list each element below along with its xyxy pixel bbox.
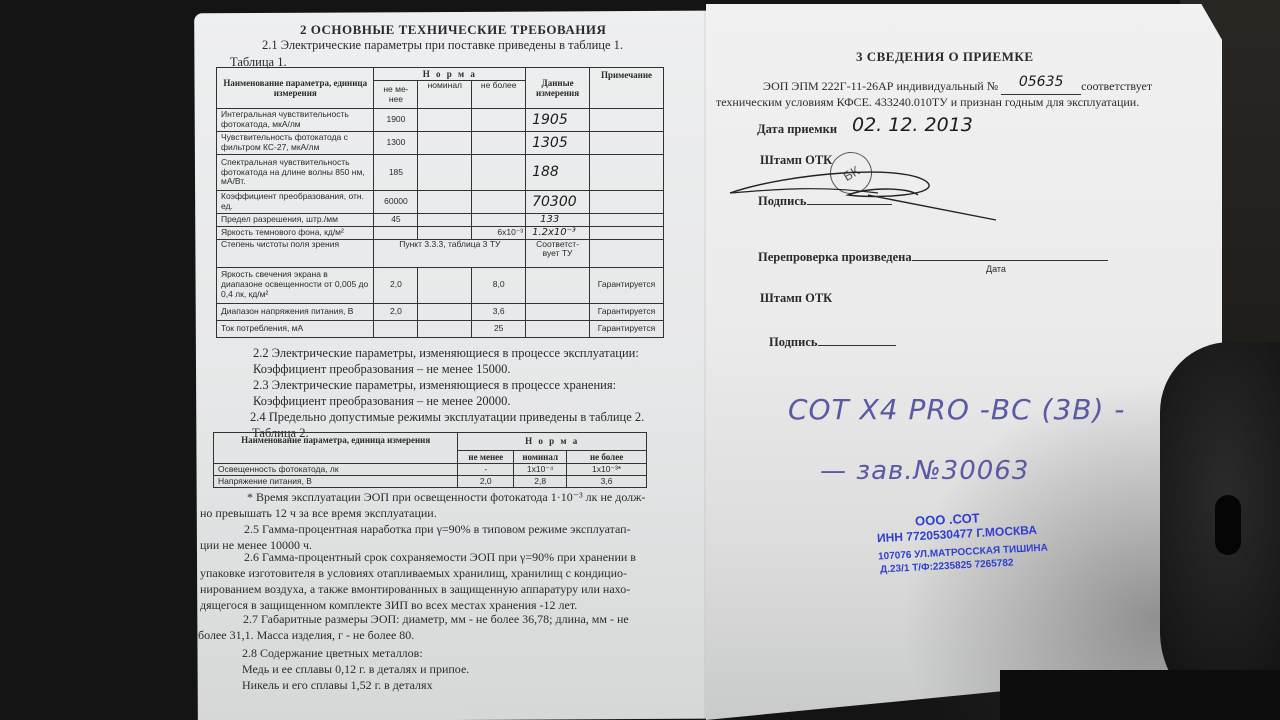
footnote-line-2: но превышать 12 ч за все время эксплуата… xyxy=(200,506,437,521)
table2-header-max: не более xyxy=(567,451,647,464)
device-base xyxy=(1000,670,1280,720)
paragraph-2-3: 2.3 Электрические параметры, изменяющиес… xyxy=(253,378,616,393)
table2-header-nominal: номинал xyxy=(514,451,567,464)
paragraph-2-2-value: Коэффициент преобразования – не менее 15… xyxy=(253,362,510,377)
company-stamp-line-1: ООО .СОТ xyxy=(915,511,980,527)
table-row: Чувствительность фотокатода с фильтром К… xyxy=(217,132,664,155)
table-row: Интегральная чувствительность фотокатода… xyxy=(217,109,664,132)
paragraph-2-8-copper: Медь и ее сплавы 0,12 г. в деталях и при… xyxy=(242,662,469,677)
paragraph-2-3-value: Коэффициент преобразования – не менее 20… xyxy=(253,394,510,409)
table-row: Степень чистоты поля зрения Пункт 3.3.3,… xyxy=(217,239,664,267)
table2-header-norma: Н о р м а xyxy=(458,433,647,451)
table1-header-min: не ме-нее xyxy=(374,81,418,109)
table1-header-measured: Данные измерения xyxy=(526,68,590,109)
table-row: Диапазон напряжения питания, В 2,0 3,6 Г… xyxy=(217,303,664,320)
table-row: Предел разрешения, штр./мм 45 133 xyxy=(217,214,664,227)
paragraph-2-7: 2.7 Габаритные размеры ЭОП: диаметр, мм … xyxy=(243,612,629,627)
paragraph-2-8-nickel: Никель и его сплавы 1,52 г. в деталях xyxy=(242,678,433,693)
paragraph-2-6-line-3: нированием воздуха, а также вмонтированн… xyxy=(200,582,630,597)
paragraph-2-6: 2.6 Гамма-процентный срок сохраняемости … xyxy=(244,550,636,565)
acceptance-date-handwritten: 02. 12. 2013 xyxy=(852,114,973,136)
table-row: Ток потребления, мА 25 Гарантируется xyxy=(217,320,664,337)
table-1-electrical-parameters: Наименование параметра, единица измерени… xyxy=(216,67,664,338)
table2-header-min: не менее xyxy=(458,451,514,464)
table-row: Напряжение питания, В 2,0 2,8 3,6 xyxy=(214,476,647,488)
handwritten-measurement: 1305 xyxy=(526,132,590,155)
table2-header-name: Наименование параметра, единица измерени… xyxy=(214,433,458,464)
paragraph-2-1: 2.1 Электрические параметры при поставке… xyxy=(262,38,623,53)
section-title-technical-requirements: 2 ОСНОВНЫЕ ТЕХНИЧЕСКИЕ ТРЕБОВАНИЯ xyxy=(300,22,606,38)
table1-header-nominal: номинал xyxy=(418,81,472,109)
paragraph-2-4: 2.4 Предельно допустимые режимы эксплуат… xyxy=(250,410,644,425)
table-row: Спектральная чувствительность фотокатода… xyxy=(217,155,664,191)
handwritten-model-note: COT X4 PRO -BC (3B) - xyxy=(788,393,1125,426)
date-caption: Дата xyxy=(986,264,1006,274)
table1-header-norma: Н о р м а xyxy=(374,68,526,81)
table1-header-max: не более xyxy=(472,81,526,109)
signature-label-1: Подпись xyxy=(758,194,892,209)
acceptance-date-label: Дата приемки xyxy=(757,122,837,137)
table-row: Коэффициент преобразования, отн. ед. 600… xyxy=(217,191,664,214)
paragraph-2-6-line-4: дящегося в защищенном комплекте ЗИП во в… xyxy=(200,598,577,613)
handwritten-measurement: 133 xyxy=(526,214,590,227)
recheck-date-field xyxy=(912,260,1108,261)
handwritten-serial-note: — зав.№30063 xyxy=(820,456,1029,486)
table-row: Освещенность фотокатода, лк - 1x10⁻⁴ 1x1… xyxy=(214,464,647,476)
table1-header-note: Примечание xyxy=(590,68,664,109)
eyepiece-slot xyxy=(1215,495,1241,555)
handwritten-measurement: 188 xyxy=(526,155,590,191)
section-title-acceptance: 3 СВЕДЕНИЯ О ПРИЕМКЕ xyxy=(856,49,1034,65)
handwritten-measurement: 70300 xyxy=(526,191,590,214)
handwritten-measurement: 1.2x10⁻³ xyxy=(526,227,590,240)
serial-number-field: 05635 xyxy=(1001,78,1081,95)
paragraph-2-8: 2.8 Содержание цветных металлов: xyxy=(242,646,423,661)
paragraph-2-6-line-2: упаковке изготовителя в условиях отаплив… xyxy=(200,566,627,581)
handwritten-measurement: 1905 xyxy=(526,109,590,132)
otk-stamp-label-2: Штамп ОТК xyxy=(760,291,832,306)
table-row: Яркость свечения экрана в диапазоне осве… xyxy=(217,267,664,303)
table-2-operating-modes: Наименование параметра, единица измерени… xyxy=(213,432,647,488)
paragraph-2-2: 2.2 Электрические параметры, изменяющиес… xyxy=(253,346,639,361)
signature-field-2 xyxy=(818,345,896,346)
acceptance-line-2: техническим условиям КФСЕ. 433240.010ТУ … xyxy=(716,95,1139,110)
paragraph-2-7-cont: более 31,1. Масса изделия, г - не более … xyxy=(198,628,414,643)
signature-label-2: Подпись xyxy=(769,335,896,350)
footnote-line-1: * Время эксплуатации ЭОП при освещенност… xyxy=(247,490,645,505)
table1-header-name: Наименование параметра, единица измерени… xyxy=(217,68,374,109)
table-row: Яркость темнового фона, кд/м² 6x10⁻³ 1.2… xyxy=(217,227,664,240)
paragraph-2-5: 2.5 Гамма-процентная наработка при γ=90%… xyxy=(244,522,631,537)
acceptance-line-1: ЭОП ЭПМ 222Г-11-26АР индивидуальный № 05… xyxy=(763,78,1152,95)
recheck-label: Перепроверка произведена xyxy=(758,250,1108,265)
